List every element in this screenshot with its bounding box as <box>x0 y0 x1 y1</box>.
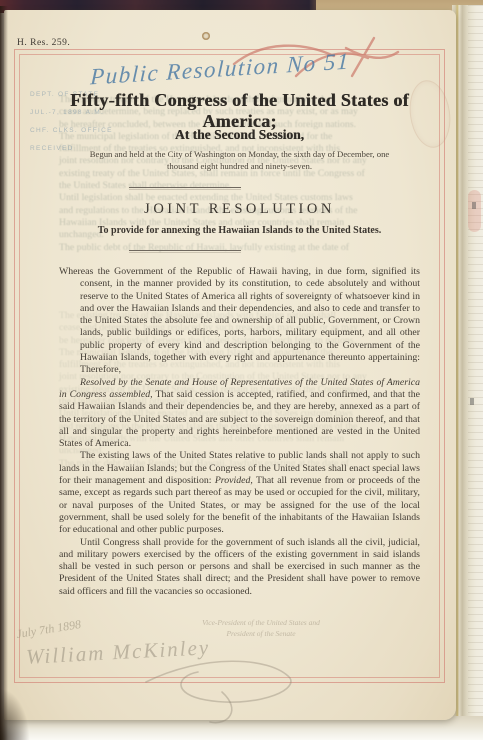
congress-heading: Fifty-fifth Congress of the United State… <box>59 90 420 132</box>
resolution-type-heading: JOINT RESOLUTION <box>59 201 420 218</box>
fore-edge-pencil-mark <box>470 398 474 405</box>
resolution-title: To provide for annexing the Hawaiian Isl… <box>59 225 420 236</box>
divider-rule <box>4 250 365 251</box>
fore-edge-pencil-mark <box>472 202 476 209</box>
corner-shadow <box>0 688 30 740</box>
punch-hole <box>202 32 210 40</box>
document-page: The existing treaties of the Hawaiian Is… <box>4 10 456 720</box>
convening-statement: Begun and held at the City of Washington… <box>59 149 420 172</box>
bleedthrough-officer-title: Vice-President of the United States and … <box>156 617 366 639</box>
resolution-paragraph: Until Congress shall provide for the gov… <box>59 537 420 598</box>
scanned-document-photo: The existing treaties of the Hawaiian Is… <box>0 0 483 740</box>
resolution-paragraph: Resolved by the Senate and House of Repr… <box>59 377 420 451</box>
officer-title-line-1: Vice-President of the United States and <box>156 617 366 628</box>
gutter-shadow <box>0 6 8 740</box>
fore-edge-pink-stamp <box>468 190 481 232</box>
session-heading: At the Second Session, <box>59 127 420 143</box>
resolution-body: Whereas the Government of the Republic o… <box>59 266 420 598</box>
resolution-paragraph: The existing laws of the United States r… <box>59 450 420 536</box>
fore-edge-texture <box>468 5 483 721</box>
convening-line-2: thousand eight hundred and ninety-seven. <box>59 161 420 173</box>
convening-line-1: Begun and held at the City of Washington… <box>59 149 420 161</box>
resolution-paragraph: Whereas the Government of the Republic o… <box>59 266 420 377</box>
document-number: H. Res. 259. <box>17 38 70 48</box>
divider-rule <box>4 187 365 188</box>
bleedthrough-flourish <box>132 652 312 730</box>
officer-title-line-2: President of the Senate <box>156 628 366 639</box>
